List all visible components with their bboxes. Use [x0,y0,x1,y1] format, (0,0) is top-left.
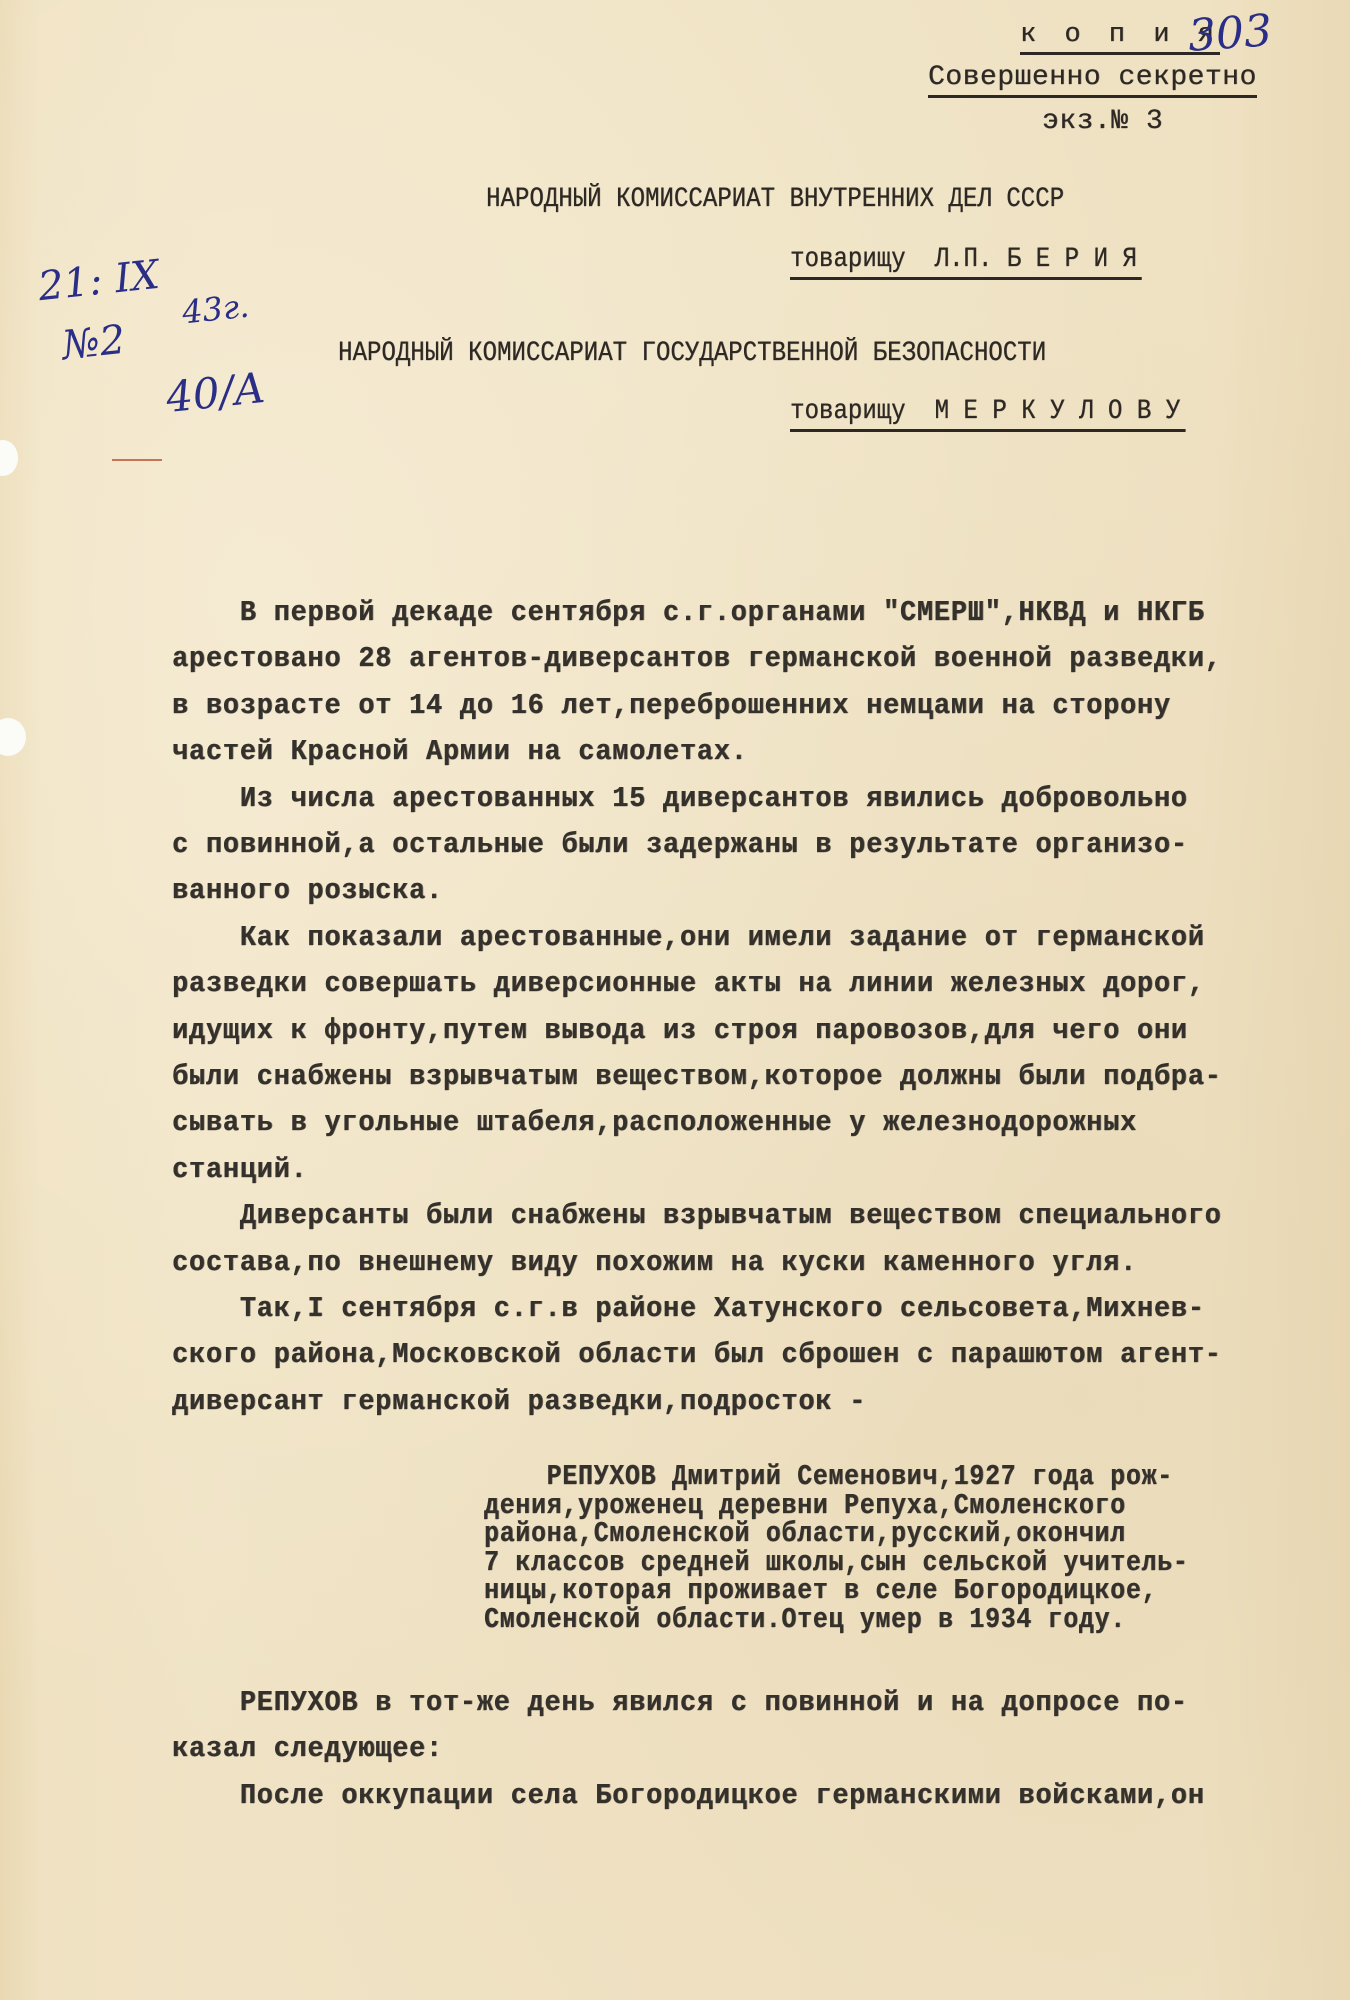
handwritten-reference: 40/А [164,363,268,422]
handwritten-year: 43г. [180,287,251,332]
red-pencil-mark [112,459,162,461]
addressee-organization-nkvd: НАРОДНЫЙ КОМИССАРИАТ ВНУТРЕННИХ ДЕЛ СССР [486,184,1064,215]
handwritten-copy-number: 303 [1186,5,1273,62]
text-line: ского района,Московской области был сбро… [172,1338,1222,1371]
addressee-recipient-merkulov: товарищу М Е Р К У Л О В У [790,396,1185,432]
text-line: Так,I сентября с.г.в районе Хатунского с… [172,1292,1205,1325]
text-line: в возрасте от 14 до 16 лет,переброшенних… [172,689,1171,722]
punch-hole [0,440,18,476]
text-line: Из числа арестованных 15 диверсантов яви… [172,782,1188,815]
punch-hole [0,718,26,756]
handwritten-date: 21: IX [36,252,162,310]
addressee-recipient-beria: товарищу Л.П. Б Е Р И Я [790,244,1142,280]
text-line: идущих к фронту,путем вывода из строя па… [172,1014,1188,1047]
text-line: частей Красной Армии на самолетах. [172,735,748,768]
text-line: диверсант германской разведки,подросток … [172,1385,866,1418]
text-line: Диверсанты были снабжены взрывчатым веще… [172,1199,1222,1232]
text-line: сывать в угольные штабеля,расположенные … [172,1106,1137,1139]
text-line: После оккупации села Богородицкое герман… [172,1779,1205,1812]
text-line: РЕПУХОВ в тот-же день явился с повинной … [172,1686,1188,1719]
handwritten-number: №2 [60,317,128,369]
text-line: казал следующее: [172,1732,443,1765]
exemplar-number: экз.№ 3 [1042,106,1163,137]
text-line: станций. [172,1153,307,1186]
text-line: были снабжены взрывчатым веществом,котор… [172,1060,1222,1093]
text-line: ванного розыска. [172,874,443,907]
classification-stamp: Совершенно секретно [928,62,1257,98]
text-line: Смоленской области.Отец умер в 1934 году… [484,1603,1126,1636]
addressee-organization-nkgb: НАРОДНЫЙ КОМИССАРИАТ ГОСУДАРСТВЕННОЙ БЕЗ… [338,338,1046,369]
text-line: состава,по внешнему виду похожим на куск… [172,1246,1137,1279]
text-line: арестовано 28 агентов-диверсантов герман… [172,642,1222,675]
text-line: разведки совершать диверсионные акты на … [172,967,1205,1000]
text-line: Как показали арестованные,они имели зада… [172,921,1205,954]
text-line: с повинной,а остальные были задержаны в … [172,828,1188,861]
text-line: В первой декаде сентября с.г.органами "С… [172,596,1205,629]
